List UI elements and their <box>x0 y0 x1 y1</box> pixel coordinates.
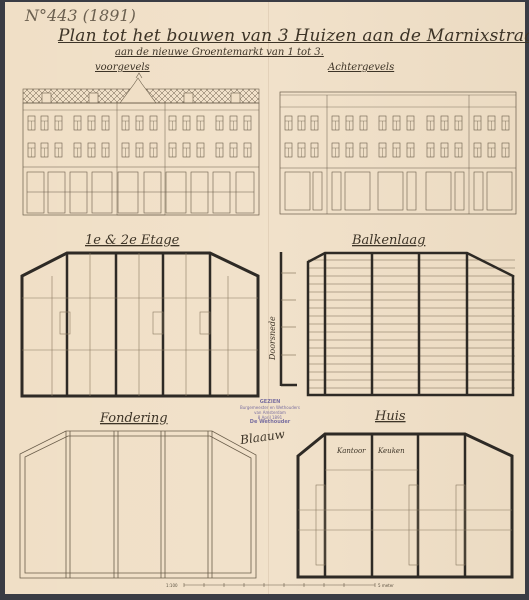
section-label: Doorsnede <box>268 316 277 361</box>
ground-floor-title: Huis <box>374 409 406 424</box>
section-drawing <box>281 252 297 386</box>
approval-stamp: GEZIEN Burgemeester en Wethouders van Am… <box>240 400 300 425</box>
first-floor-title: 1e & 2e Etage <box>85 233 180 248</box>
room-label-kantoor: Kantoor <box>336 447 366 455</box>
room-label-keuken: Keuken <box>377 447 405 455</box>
rear-elevation <box>280 92 516 214</box>
scale-right-label: 5 meter <box>378 583 394 588</box>
first-floor-plan <box>22 253 258 396</box>
scale-left-label: 1:100 <box>166 583 178 588</box>
foundation-plan <box>20 431 256 578</box>
beam-layout-title: Balkenlaag <box>351 233 425 248</box>
scale-bar <box>184 583 375 587</box>
ground-floor-plan <box>298 434 512 577</box>
foundation-title: Fondering <box>99 411 168 426</box>
stamp-line-5: De Wethouder <box>240 420 300 425</box>
architectural-drawing: 1e & 2e Etage Doorsnede Balkenlaag Fon <box>0 0 529 600</box>
front-elevation <box>23 73 259 215</box>
beam-layout-plan <box>308 253 515 395</box>
